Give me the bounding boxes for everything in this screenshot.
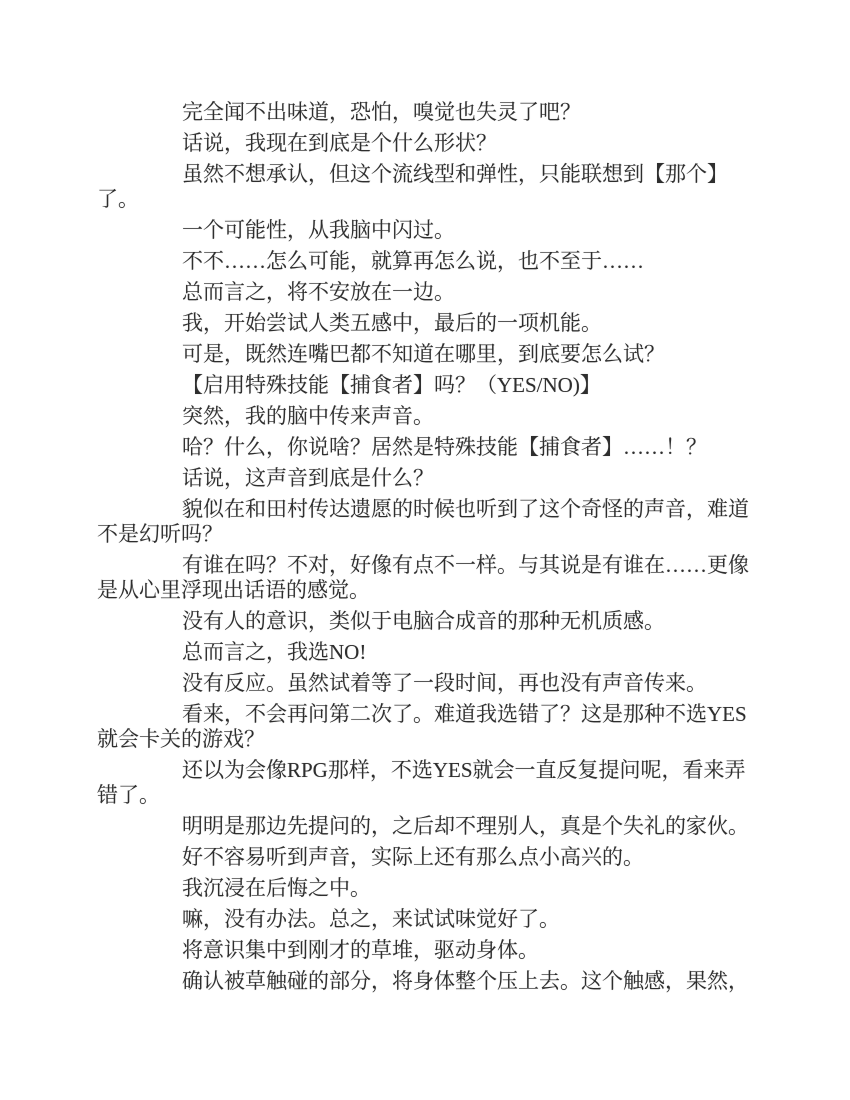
paragraph: 虽然不想承认，但这个流线型和弹性，只能联想到【那个】 了。 — [97, 162, 797, 212]
paragraph: 好不容易听到声音，实际上还有那么点小高兴的。 — [97, 845, 797, 870]
text-line: 没有人的意识，类似于电脑合成音的那种无机质感。 — [97, 609, 797, 634]
paragraph: 嘛，没有办法。总之，来试试味觉好了。 — [97, 907, 797, 932]
text-line: 貌似在和田村传达遗愿的时候也听到了这个奇怪的声音，难道 — [97, 497, 797, 522]
paragraph: 哈？什么，你说啥？居然是特殊技能【捕食者】……！？ — [97, 435, 797, 460]
text-line: 可是，既然连嘴巴都不知道在哪里，到底要怎么试？ — [97, 342, 797, 367]
text-line: 了。 — [97, 187, 797, 212]
paragraph: 将意识集中到刚才的草堆，驱动身体。 — [97, 938, 797, 963]
text-line: 没有反应。虽然试着等了一段时间，再也没有声音传来。 — [97, 671, 797, 696]
text-line: 将意识集中到刚才的草堆，驱动身体。 — [97, 938, 797, 963]
text-line: 有谁在吗？不对，好像有点不一样。与其说是有谁在……更像 — [97, 553, 797, 578]
paragraph: 完全闻不出味道，恐怕，嗅觉也失灵了吧？ — [97, 100, 797, 125]
text-line: 完全闻不出味道，恐怕，嗅觉也失灵了吧？ — [97, 100, 797, 125]
text-line: 不不……怎么可能，就算再怎么说，也不至于…… — [97, 249, 797, 274]
text-line: 好不容易听到声音，实际上还有那么点小高兴的。 — [97, 845, 797, 870]
paragraph: 明明是那边先提问的，之后却不理别人，真是个失礼的家伙。 — [97, 814, 797, 839]
paragraph: 貌似在和田村传达遗愿的时候也听到了这个奇怪的声音，难道 不是幻听吗？ — [97, 497, 797, 547]
text-line: 错了。 — [97, 783, 797, 808]
text-line: 突然，我的脑中传来声音。 — [97, 404, 797, 429]
text-line: 不是幻听吗？ — [97, 522, 797, 547]
text-line: 话说，这声音到底是什么？ — [97, 466, 797, 491]
text-line: 我沉浸在后悔之中。 — [97, 876, 797, 901]
paragraph: 总而言之，将不安放在一边。 — [97, 280, 797, 305]
paragraph: 没有人的意识，类似于电脑合成音的那种无机质感。 — [97, 609, 797, 634]
text-line: 明明是那边先提问的，之后却不理别人，真是个失礼的家伙。 — [97, 814, 797, 839]
text-line: 总而言之，将不安放在一边。 — [97, 280, 797, 305]
text-line: 话说，我现在到底是个什么形状？ — [97, 131, 797, 156]
paragraph: 还以为会像RPG那样，不选YES就会一直反复提问呢，看来弄 错了。 — [97, 758, 797, 808]
paragraph: 我，开始尝试人类五感中，最后的一项机能。 — [97, 311, 797, 336]
novel-page: 完全闻不出味道，恐怕，嗅觉也失灵了吧？ 话说，我现在到底是个什么形状？ 虽然不想… — [0, 0, 850, 1100]
paragraph: 总而言之，我选NO! — [97, 640, 797, 665]
paragraph: 话说，这声音到底是什么？ — [97, 466, 797, 491]
text-line: 嘛，没有办法。总之，来试试味觉好了。 — [97, 907, 797, 932]
text-line: 就会卡关的游戏？ — [97, 727, 797, 752]
paragraph-system-prompt: 【启用特殊技能【捕食者】吗？（YES/NO)】 — [97, 373, 797, 398]
paragraph: 我沉浸在后悔之中。 — [97, 876, 797, 901]
paragraph: 看来，不会再问第二次了。难道我选错了？这是那种不选YES 就会卡关的游戏？ — [97, 702, 797, 752]
paragraph: 可是，既然连嘴巴都不知道在哪里，到底要怎么试？ — [97, 342, 797, 367]
text-line: 还以为会像RPG那样，不选YES就会一直反复提问呢，看来弄 — [97, 758, 797, 783]
text-line: 确认被草触碰的部分，将身体整个压上去。这个触感，果然， — [97, 969, 797, 994]
text-line: 哈？什么，你说啥？居然是特殊技能【捕食者】……！？ — [97, 435, 797, 460]
paragraph: 有谁在吗？不对，好像有点不一样。与其说是有谁在……更像 是从心里浮现出话语的感觉… — [97, 553, 797, 603]
paragraph: 不不……怎么可能，就算再怎么说，也不至于…… — [97, 249, 797, 274]
paragraph: 确认被草触碰的部分，将身体整个压上去。这个触感，果然， — [97, 969, 797, 994]
paragraph: 突然，我的脑中传来声音。 — [97, 404, 797, 429]
paragraph: 一个可能性，从我脑中闪过。 — [97, 218, 797, 243]
paragraph: 没有反应。虽然试着等了一段时间，再也没有声音传来。 — [97, 671, 797, 696]
text-line: 一个可能性，从我脑中闪过。 — [97, 218, 797, 243]
text-line: 是从心里浮现出话语的感觉。 — [97, 578, 797, 603]
text-line: 总而言之，我选NO! — [97, 640, 797, 665]
text-line: 我，开始尝试人类五感中，最后的一项机能。 — [97, 311, 797, 336]
text-line: 看来，不会再问第二次了。难道我选错了？这是那种不选YES — [97, 702, 797, 727]
text-line: 虽然不想承认，但这个流线型和弹性，只能联想到【那个】 — [97, 162, 797, 187]
text-line: 【启用特殊技能【捕食者】吗？（YES/NO)】 — [97, 373, 797, 398]
body-text: 完全闻不出味道，恐怕，嗅觉也失灵了吧？ 话说，我现在到底是个什么形状？ 虽然不想… — [97, 100, 797, 1000]
paragraph: 话说，我现在到底是个什么形状？ — [97, 131, 797, 156]
